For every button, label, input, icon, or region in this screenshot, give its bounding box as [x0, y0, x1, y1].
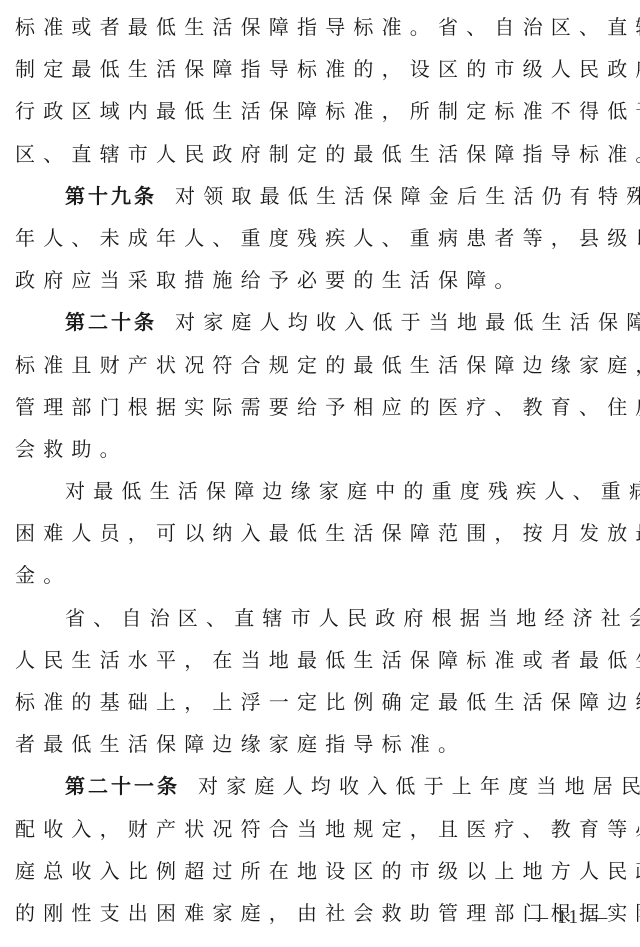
text-line: 金。	[15, 554, 629, 596]
text-line: 年人、未成年人、重度残疾人、重病患者等，县级以上地方人民	[15, 217, 629, 259]
text-line: 政府应当采取措施给予必要的生活保障。	[15, 259, 629, 301]
text-span: 对家庭人均收入低于当地最低生活保障边缘家庭	[175, 310, 640, 334]
text-line: 管理部门根据实际需要给予相应的医疗、教育、住房、就业等社	[15, 386, 629, 428]
text-line: 困难人员，可以纳入最低生活保障范围，按月发放最低生活保障	[15, 512, 629, 554]
text-span: 对家庭人均收入低于上年度当地居民人均可支	[198, 774, 640, 798]
article-heading: 第二十条	[65, 310, 157, 334]
text-line: 配收入，财产状况符合当地规定，且医疗、教育等必需支出占家	[15, 808, 629, 850]
text-line: 庭总收入比例超过所在地设区的市级以上地方人民政府规定比例	[15, 850, 629, 892]
text-line: 会救助。	[15, 428, 629, 470]
article-21-first-line: 第二十一条对家庭人均收入低于上年度当地居民人均可支	[15, 765, 629, 807]
article-heading: 第十九条	[65, 184, 157, 208]
article-19-first-line: 第十九条对领取最低生活保障金后生活仍有特殊困难的老	[15, 175, 629, 217]
text-line: 区、直辖市人民政府制定的最低生活保障指导标准。	[15, 133, 629, 175]
text-line: 标准的基础上，上浮一定比例确定最低生活保障边缘家庭标准或	[15, 681, 629, 723]
text-line: 省、自治区、直辖市人民政府根据当地经济社会发展状况和	[15, 597, 629, 639]
text-line: 制定最低生活保障指导标准的，设区的市级人民政府可以制定本	[15, 48, 629, 90]
document-page: 标准或者最低生活保障指导标准。省、自治区、直辖市人民政府 制定最低生活保障指导标…	[15, 6, 629, 934]
page-number: — 11 —	[528, 906, 609, 929]
text-line: 者最低生活保障边缘家庭指导标准。	[15, 723, 629, 765]
text-line: 人民生活水平，在当地最低生活保障标准或者最低生活保障指导	[15, 639, 629, 681]
text-line: 标准且财产状况符合规定的最低生活保障边缘家庭，由社会救助	[15, 344, 629, 386]
text-line: 对最低生活保障边缘家庭中的重度残疾人、重病患者等特殊	[15, 470, 629, 512]
article-20-first-line: 第二十条对家庭人均收入低于当地最低生活保障边缘家庭	[15, 301, 629, 343]
text-line: 行政区域内最低生活保障标准，所制定标准不得低于本省、自治	[15, 90, 629, 132]
article-heading: 第二十一条	[65, 774, 180, 798]
text-line: 标准或者最低生活保障指导标准。省、自治区、直辖市人民政府	[15, 6, 629, 48]
text-span: 对领取最低生活保障金后生活仍有特殊困难的老	[175, 184, 640, 208]
